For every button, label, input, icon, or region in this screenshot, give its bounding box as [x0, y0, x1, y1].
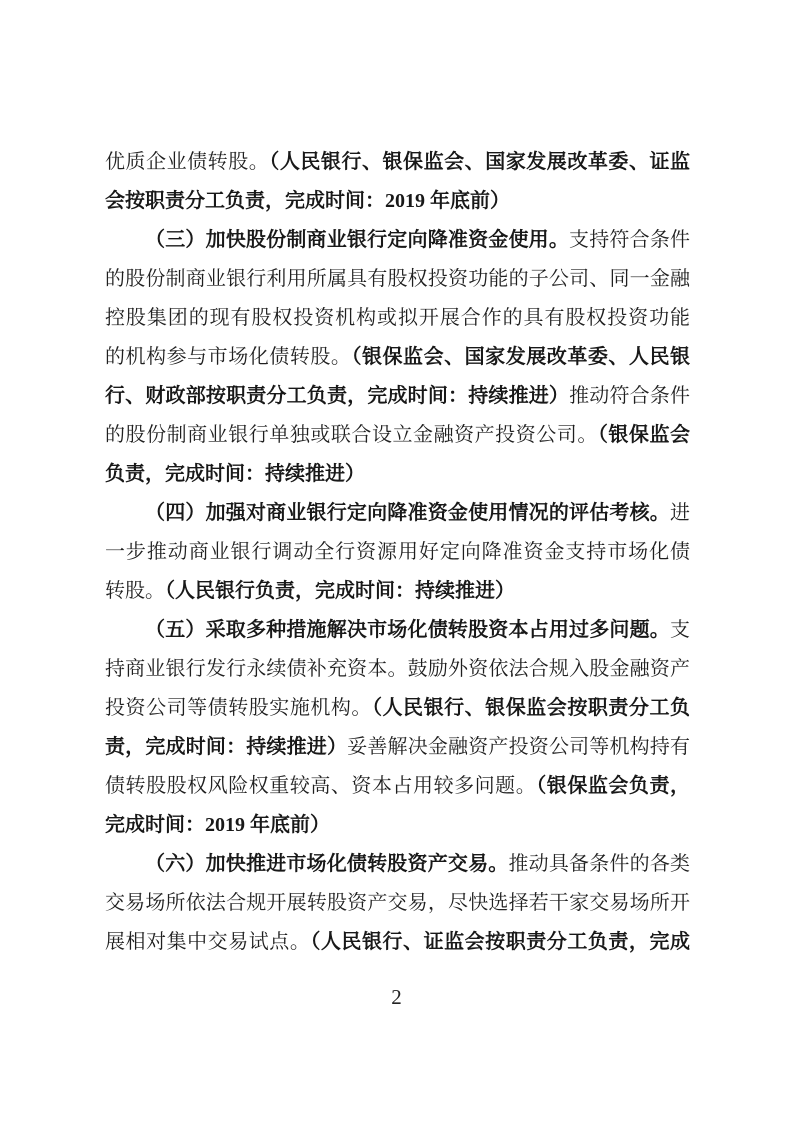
body-text-run: 投资公司等债转股实施机构。 [105, 697, 372, 719]
emphasis-text-run: 行、财政部按职责分工负责，完成时间：持续推进） [105, 385, 569, 407]
page-number: 2 [391, 985, 402, 1009]
emphasis-text-run: 责，完成时间：持续推进） [105, 736, 347, 758]
body-text-run: 一步推动商业银行调动全行资源用好定向降准资金支持市场化债 [105, 541, 690, 563]
body-text-run: 的机构参与市场化债转股。 [105, 346, 351, 368]
text-line: 持商业银行发行永续债补充资本。鼓励外资依法合规入股金融资产 [105, 650, 690, 689]
text-line: 会按职责分工负责，完成时间：2019 年底前） [105, 182, 690, 221]
body-text-run: 推动符合条件 [569, 385, 690, 407]
emphasis-text-run: 负责，完成时间：持续推进） [105, 463, 365, 485]
text-line: 的股份制商业银行单独或联合设立金融资产投资公司。（银保监会 [105, 416, 690, 455]
emphasis-text-run: 完成时间：2019 年底前） [105, 814, 330, 836]
body-text-run: 转股。 [105, 580, 165, 602]
body-text-run: 交易场所依法合规开展转股资产交易，尽快选择若干家交易场所开 [105, 892, 690, 914]
body-text-run: 债转股股权风险权重较高、资本占用较多问题。 [105, 775, 536, 797]
text-line: 完成时间：2019 年底前） [105, 806, 690, 845]
body-text-run: 的股份制商业银行利用所属具有股权投资功能的子公司、同一金融 [105, 268, 690, 290]
emphasis-text-run: （人民银行、证监会按职责分工负责，完成 [310, 931, 690, 953]
text-line: （三）加快股份制商业银行定向降准资金使用。支持符合条件 [105, 221, 690, 260]
emphasis-text-run: （三）加快股份制商业银行定向降准资金使用。 [145, 229, 569, 251]
text-line: 交易场所依法合规开展转股资产交易，尽快选择若干家交易场所开 [105, 884, 690, 923]
emphasis-text-run: （银保监会、国家发展改革委、人民银 [351, 346, 690, 368]
text-line: 控股集团的现有股权投资机构或拟开展合作的具有股权投资功能 [105, 299, 690, 338]
body-text-run: 支持符合条件 [569, 229, 690, 251]
body-text-run: 进 [670, 502, 690, 524]
emphasis-text-run: （人民银行负责，完成时间：持续推进） [165, 580, 515, 602]
text-line: 投资公司等债转股实施机构。（人民银行、银保监会按职责分工负 [105, 689, 690, 728]
emphasis-text-run: 会按职责分工负责，完成时间：2019 年底前） [105, 190, 510, 212]
emphasis-text-run: （银保监会负责， [536, 775, 690, 797]
document-body: 优质企业债转股。（人民银行、银保监会、国家发展改革委、证监会按职责分工负责，完成… [105, 143, 690, 962]
emphasis-text-run: （四）加强对商业银行定向降准资金使用情况的评估考核。 [145, 502, 670, 524]
text-line: 的股份制商业银行利用所属具有股权投资功能的子公司、同一金融 [105, 260, 690, 299]
text-line: （六）加快推进市场化债转股资产交易。推动具备条件的各类 [105, 845, 690, 884]
body-text-run: 的股份制商业银行单独或联合设立金融资产投资公司。 [105, 424, 598, 446]
body-text-run: 持商业银行发行永续债补充资本。鼓励外资依法合规入股金融资产 [105, 658, 690, 680]
text-line: （五）采取多种措施解决市场化债转股资本占用过多问题。支 [105, 611, 690, 650]
body-text-run: 控股集团的现有股权投资机构或拟开展合作的具有股权投资功能 [105, 307, 690, 329]
text-line: 转股。（人民银行负责，完成时间：持续推进） [105, 572, 690, 611]
body-text-run: 妥善解决金融资产投资公司等机构持有 [347, 736, 690, 758]
emphasis-text-run: （银保监会 [598, 424, 690, 446]
text-line: 一步推动商业银行调动全行资源用好定向降准资金支持市场化债 [105, 533, 690, 572]
text-line: 责，完成时间：持续推进）妥善解决金融资产投资公司等机构持有 [105, 728, 690, 767]
text-line: 优质企业债转股。（人民银行、银保监会、国家发展改革委、证监 [105, 143, 690, 182]
body-text-run: 推动具备条件的各类 [508, 853, 690, 875]
emphasis-text-run: （六）加快推进市场化债转股资产交易。 [145, 853, 508, 875]
body-text-run: 支 [670, 619, 690, 641]
document-page: 优质企业债转股。（人民银行、银保监会、国家发展改革委、证监会按职责分工负责，完成… [0, 0, 793, 1121]
text-line: （四）加强对商业银行定向降准资金使用情况的评估考核。进 [105, 494, 690, 533]
text-line: 展相对集中交易试点。（人民银行、证监会按职责分工负责，完成 [105, 923, 690, 962]
emphasis-text-run: （人民银行、银保监会、国家发展改革委、证监 [269, 151, 690, 173]
page-footer: 2 [0, 985, 793, 1010]
text-line: 行、财政部按职责分工负责，完成时间：持续推进）推动符合条件 [105, 377, 690, 416]
emphasis-text-run: （人民银行、银保监会按职责分工负 [372, 697, 690, 719]
text-line: 负责，完成时间：持续推进） [105, 455, 690, 494]
text-line: 的机构参与市场化债转股。（银保监会、国家发展改革委、人民银 [105, 338, 690, 377]
emphasis-text-run: （五）采取多种措施解决市场化债转股资本占用过多问题。 [145, 619, 670, 641]
body-text-run: 展相对集中交易试点。 [105, 931, 310, 953]
text-line: 债转股股权风险权重较高、资本占用较多问题。（银保监会负责， [105, 767, 690, 806]
body-text-run: 优质企业债转股。 [105, 151, 269, 173]
